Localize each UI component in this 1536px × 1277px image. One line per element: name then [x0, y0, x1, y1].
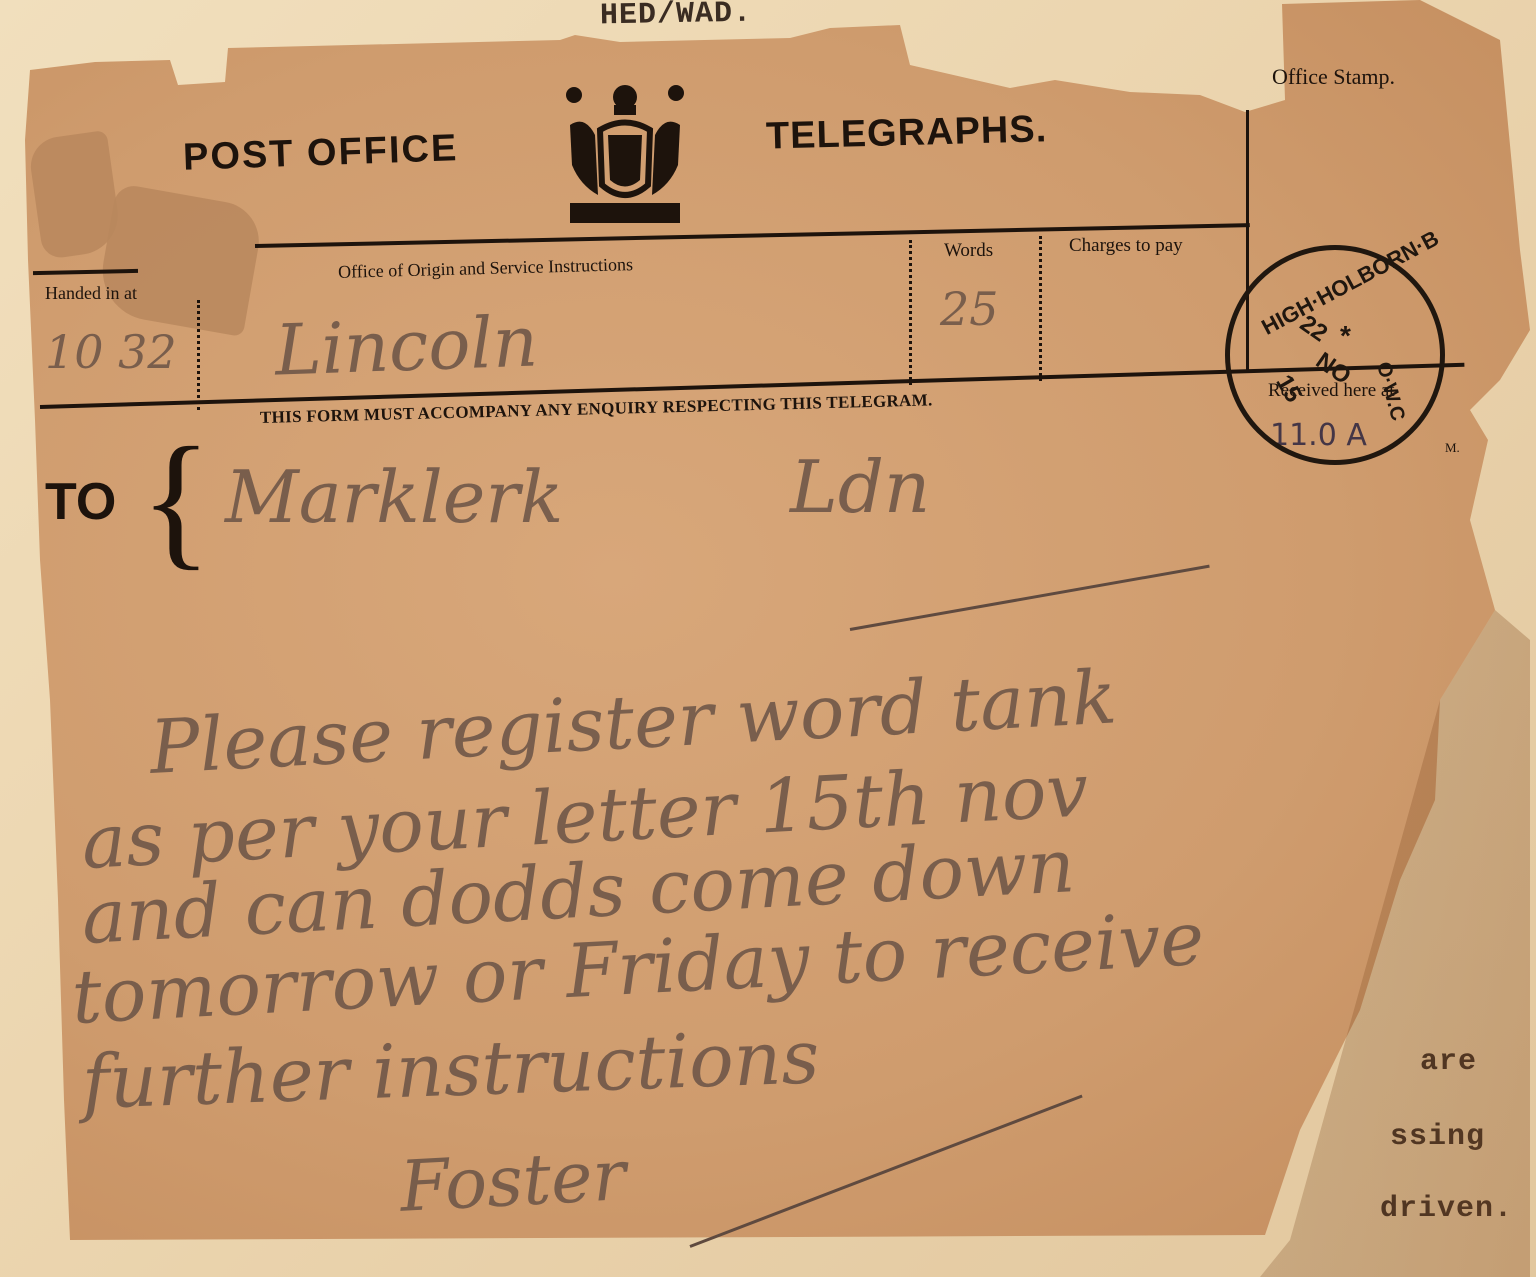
charges-label: Charges to pay: [1069, 235, 1183, 257]
postmark-month: NO: [1310, 347, 1356, 391]
postmark-stamp: HIGH·HOLBORN·B 22 * NO 15 O·W.C: [1225, 245, 1445, 465]
postmark-year: 15: [1270, 370, 1308, 407]
postmark-office-suffix: O·W.C: [1371, 360, 1409, 424]
to-label: TO: [45, 472, 116, 532]
file-reference: HED/WAD.: [600, 0, 753, 33]
signature: Foster: [398, 1134, 628, 1228]
words-value: 25: [940, 282, 999, 336]
office-stamp-label: Office Stamp.: [1272, 64, 1395, 90]
royal-crest-icon: [560, 75, 690, 230]
field-separator: [197, 300, 200, 410]
handed-in-label: Handed in at: [45, 283, 137, 304]
received-meridiem: M.: [1445, 440, 1460, 456]
field-separator: [1039, 236, 1042, 381]
postmark-star: *: [1340, 320, 1351, 352]
addressee-value: Marklerk: [225, 455, 563, 539]
origin-value: Lincoln: [274, 300, 539, 391]
header-title-telegraphs: TELEGRAPHS.: [765, 108, 1047, 158]
addressee-city: Ldn: [790, 445, 930, 529]
handed-in-value: 10 32: [45, 325, 177, 379]
to-brace: {: [140, 425, 212, 575]
words-label: Words: [944, 240, 993, 262]
field-separator: [909, 240, 912, 385]
